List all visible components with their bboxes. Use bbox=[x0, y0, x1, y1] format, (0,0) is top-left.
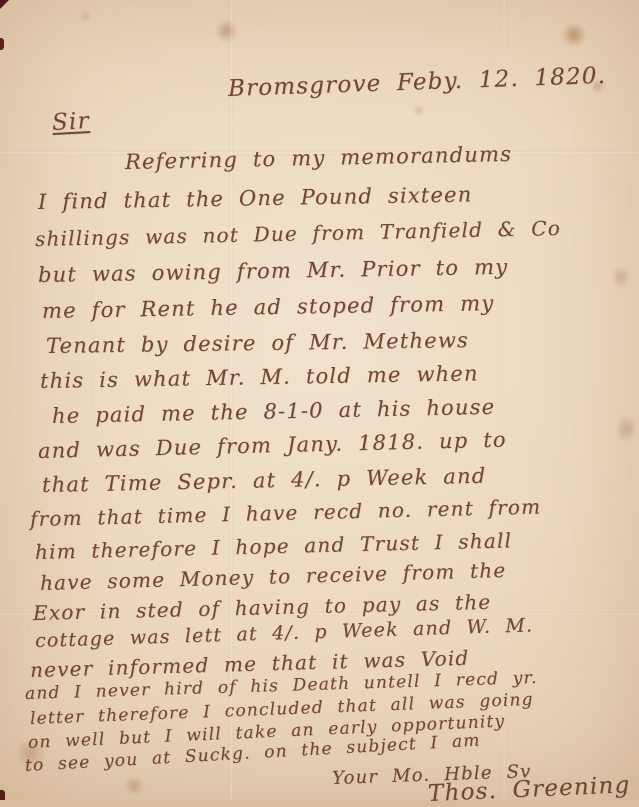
letter-body-line: Referring to my memorandums bbox=[125, 142, 513, 174]
letter-body-line: Tenant by desire of Mr. Methews bbox=[46, 328, 469, 358]
foxing-stain bbox=[618, 412, 634, 446]
letter-body-line: this is what Mr. M. told me when bbox=[40, 361, 479, 393]
letter-body-line: me for Rent he ad stoped from my bbox=[42, 291, 495, 323]
foxing-stain bbox=[122, 778, 146, 794]
foxing-stain bbox=[216, 18, 236, 44]
background-corner-mark bbox=[0, 0, 9, 9]
letter-body-line: from that time I have recd no. rent from bbox=[30, 495, 542, 531]
letter-body-line: he paid me the 8-1-0 at his house bbox=[52, 395, 496, 428]
letter-body-line: have some Money to receive from the bbox=[40, 558, 507, 595]
letter-body-line: him therefore I hope and Trust I shall bbox=[35, 528, 513, 564]
letter-body-line: that Time Sepr. at 4/. p Week and bbox=[42, 464, 487, 497]
foxing-stain bbox=[413, 105, 425, 115]
letter-paper: Bromsgrove Feby. 12. 1820. Sir Referring… bbox=[0, 0, 639, 800]
letter-dateline: Bromsgrove Feby. 12. 1820. bbox=[228, 63, 607, 102]
letter-body-line: and was Due from Jany. 1818. up to bbox=[38, 428, 507, 463]
letter-body-line: shillings was not Due from Tranfield & C… bbox=[35, 216, 561, 251]
foxing-stain bbox=[614, 262, 628, 292]
letter-salutation: Sir bbox=[51, 108, 90, 136]
background-edge-mark bbox=[0, 38, 4, 50]
foxing-stain bbox=[560, 24, 588, 46]
letter-body-line: I find that the One Pound sixteen bbox=[38, 182, 473, 214]
letter-body-line: but was owing from Mr. Prior to my bbox=[38, 255, 509, 287]
foxing-stain bbox=[80, 12, 92, 21]
background-corner-mark bbox=[0, 790, 5, 800]
